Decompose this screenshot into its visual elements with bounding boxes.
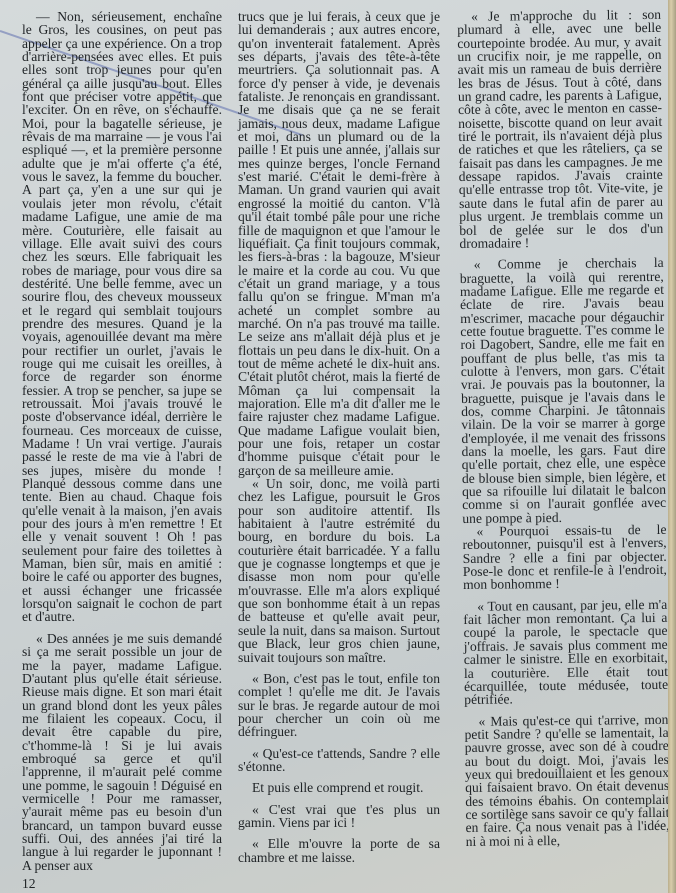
page-edge bbox=[668, 0, 676, 893]
paragraph: « C'est vrai que t'es plus un gamin. Vie… bbox=[238, 803, 440, 830]
text-column-3: « Je m'approche du lit : son plumard à e… bbox=[457, 8, 670, 848]
text-column-1: — Non, sérieusement, enchaîne le Gros, l… bbox=[22, 10, 222, 872]
paragraph: — Non, sérieusement, enchaîne le Gros, l… bbox=[22, 10, 222, 624]
paragraph: « Mais qu'est-ce qui t'arrive, mon petit… bbox=[464, 712, 669, 848]
paragraph: « Elle m'ouvre la porte de sa chambre et… bbox=[238, 837, 440, 864]
paragraph: « Je m'approche du lit : son plumard à e… bbox=[457, 8, 664, 250]
paragraph: « Qu'est-ce t'attends, Sandre ? elle s'é… bbox=[238, 747, 440, 774]
paragraph: « Comme je cherchais la braguette, la vo… bbox=[460, 256, 667, 525]
paragraph: « Des années je me suis demandé si ça me… bbox=[22, 632, 222, 872]
paragraph: « Tout en causant, par jeu, elle m'a fai… bbox=[463, 598, 668, 707]
paragraph: trucs que je lui ferais, à ceux que je l… bbox=[238, 10, 440, 477]
paragraph: Et puis elle comprend et rougit. bbox=[238, 781, 440, 794]
paragraph: « Un soir, donc, me voilà parti chez les… bbox=[238, 477, 440, 664]
text-column-2: trucs que je lui ferais, à ceux que je l… bbox=[238, 10, 440, 864]
paragraph: « Pourquoi essais-tu de le reboutonner, … bbox=[462, 523, 667, 592]
book-page: — Non, sérieusement, enchaîne le Gros, l… bbox=[0, 0, 668, 893]
page-number: 12 bbox=[22, 876, 36, 892]
paragraph: « Bon, c'est pas le tout, enfile ton com… bbox=[238, 672, 440, 739]
